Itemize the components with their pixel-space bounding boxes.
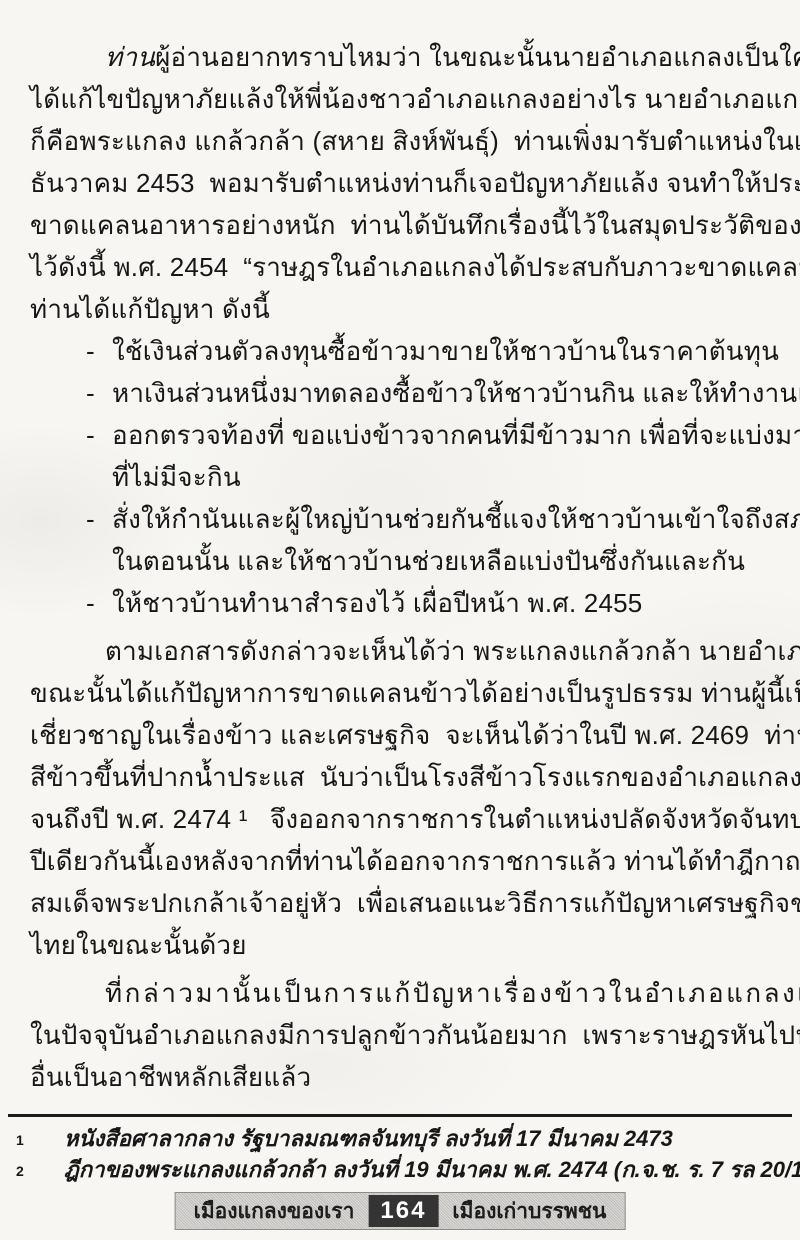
bullet-text: สั่งให้กำนันและผู้ใหญ่บ้านช่วยกันชี้แจงใ… bbox=[112, 504, 800, 534]
bullet-text: ใช้เงินส่วนตัวลงทุนซื้อข้าวมาขายให้ชาวบ้… bbox=[112, 336, 779, 366]
footnote-rule bbox=[8, 1114, 792, 1117]
bullet-continuation-line: ในตอนนั้น และให้ชาวบ้านช่วยเหลือแบ่งปันซ… bbox=[30, 540, 772, 582]
text-line: อื่นเป็นอาชีพหลักเสียแล้ว bbox=[30, 1056, 772, 1098]
bullet-line: -ใช้เงินส่วนตัวลงทุนซื้อข้าวมาขายให้ชาวบ… bbox=[30, 330, 772, 372]
text-line: ตามเอกสารดังกล่าวจะเห็นได้ว่า พระแกลงแกล… bbox=[30, 630, 772, 672]
text-line: สีข้าวขึ้นที่ปากน้ำประแส นับว่าเป็นโรงสี… bbox=[30, 756, 772, 798]
text-line: ขาดแคลนอาหารอย่างหนัก ท่านได้บันทึกเรื่อ… bbox=[30, 204, 772, 246]
footnotes: 1หนังสือศาลากลาง รัฐบาลมณฑลจันทบุรี ลงวั… bbox=[30, 1123, 772, 1185]
bullet-line: -สั่งให้กำนันและผู้ใหญ่บ้านช่วยกันชี้แจง… bbox=[30, 498, 772, 540]
page-number: 164 bbox=[368, 1195, 438, 1227]
text-line-rest: ผู้อ่านอยากทราบไหมว่า ในขณะนั้นนายอำเภอแ… bbox=[155, 42, 800, 72]
text-line: ท่านผู้อ่านอยากทราบไหมว่า ในขณะนั้นนายอำ… bbox=[30, 36, 772, 78]
footnote-1: 1หนังสือศาลากลาง รัฐบาลมณฑลจันทบุรี ลงวั… bbox=[30, 1123, 772, 1154]
bullet-text: หาเงินส่วนหนึ่งมาทดลองซื้อข้าวให้ชาวบ้าน… bbox=[112, 378, 800, 408]
bullet-dash: - bbox=[86, 414, 112, 456]
scanned-book-page: ท่านผู้อ่านอยากทราบไหมว่า ในขณะนั้นนายอำ… bbox=[0, 0, 800, 1240]
text-line: ไทยในขณะนั้นด้วย bbox=[30, 924, 772, 966]
footnote-2: 2ฎีกาของพระแกลงแกล้วกล้า ลงวันที่ 19 มีน… bbox=[30, 1154, 772, 1185]
bullet-line: -หาเงินส่วนหนึ่งมาทดลองซื้อข้าวให้ชาวบ้า… bbox=[30, 372, 772, 414]
paragraph-1: ท่านผู้อ่านอยากทราบไหมว่า ในขณะนั้นนายอำ… bbox=[30, 36, 772, 330]
bullet-list: -ใช้เงินส่วนตัวลงทุนซื้อข้าวมาขายให้ชาวบ… bbox=[30, 330, 772, 624]
bullet-text: ให้ชาวบ้านทำนาสำรองไว้ เผื่อปีหน้า พ.ศ. … bbox=[112, 588, 642, 618]
text-line: ขณะนั้นได้แก้ปัญหาการขาดแคลนข้าวได้อย่าง… bbox=[30, 672, 772, 714]
footer-right-label: เมืองเก่าบรรพชน bbox=[438, 1195, 620, 1228]
page-footer-bar: เมืองแกลงของเรา 164 เมืองเก่าบรรพชน bbox=[175, 1192, 626, 1230]
text-line: ธันวาคม 2453 พอมารับตำแหน่งท่านก็เจอปัญห… bbox=[30, 162, 772, 204]
text-line: จนถึงปี พ.ศ. 2474 ¹ จึงออกจากราชการในตำแ… bbox=[30, 798, 772, 840]
text-line: ได้แก้ไขปัญหาภัยแล้งให้พี่น้องชาวอำเภอแก… bbox=[30, 78, 772, 120]
bullet-dash: - bbox=[86, 330, 112, 372]
text-line: สมเด็จพระปกเกล้าเจ้าอยู่หัว เพื่อเสนอแนะ… bbox=[30, 882, 772, 924]
text-line: ไว้ดังนี้ พ.ศ. 2454 “ราษฎรในอำเภอแกลงได้… bbox=[30, 246, 772, 288]
bullet-dash: - bbox=[86, 372, 112, 414]
bullet-continuation-line: ที่ไม่มีจะกิน bbox=[30, 456, 772, 498]
text-line: ที่กล่าวมานั้นเป็นการแก้ปัญหาเรื่องข้าวใ… bbox=[30, 972, 772, 1014]
text-line: ปีเดียวกันนี้เองหลังจากที่ท่านได้ออกจากร… bbox=[30, 840, 772, 882]
body-text-column: ท่านผู้อ่านอยากทราบไหมว่า ในขณะนั้นนายอำ… bbox=[30, 36, 772, 1185]
bullet-dash: - bbox=[86, 498, 112, 540]
text-line: เชี่ยวชาญในเรื่องข้าว และเศรษฐกิจ จะเห็น… bbox=[30, 714, 772, 756]
footnote-text: ฎีกาของพระแกลงแกล้วกล้า ลงวันที่ 19 มีนา… bbox=[64, 1157, 800, 1182]
paragraph-3: ที่กล่าวมานั้นเป็นการแก้ปัญหาเรื่องข้าวใ… bbox=[30, 972, 772, 1098]
footnote-marker: 2 bbox=[16, 1156, 24, 1187]
bullet-text: ออกตรวจท้องที่ ขอแบ่งข้าวจากคนที่มีข้าวม… bbox=[112, 420, 800, 450]
footer-left-label: เมืองแกลงของเรา bbox=[180, 1195, 369, 1228]
footnote-text: หนังสือศาลากลาง รัฐบาลมณฑลจันทบุรี ลงวัน… bbox=[64, 1126, 673, 1151]
text-line: ในปัจจุบันอำเภอแกลงมีการปลูกข้าวกันน้อยม… bbox=[30, 1014, 772, 1056]
bullet-dash: - bbox=[86, 582, 112, 624]
bullet-line: -ให้ชาวบ้านทำนาสำรองไว้ เผื่อปีหน้า พ.ศ.… bbox=[30, 582, 772, 624]
bullet-line: -ออกตรวจท้องที่ ขอแบ่งข้าวจากคนที่มีข้าว… bbox=[30, 414, 772, 456]
text-line: ก็คือพระแกลง แกล้วกล้า (สหาย สิงห์พันธุ์… bbox=[30, 120, 772, 162]
footnote-marker: 1 bbox=[16, 1125, 24, 1156]
paragraph-2: ตามเอกสารดังกล่าวจะเห็นได้ว่า พระแกลงแกล… bbox=[30, 630, 772, 966]
italic-lead-word: ท่าน bbox=[105, 42, 155, 72]
text-line: ท่านได้แก้ปัญหา ดังนี้ bbox=[30, 288, 772, 330]
